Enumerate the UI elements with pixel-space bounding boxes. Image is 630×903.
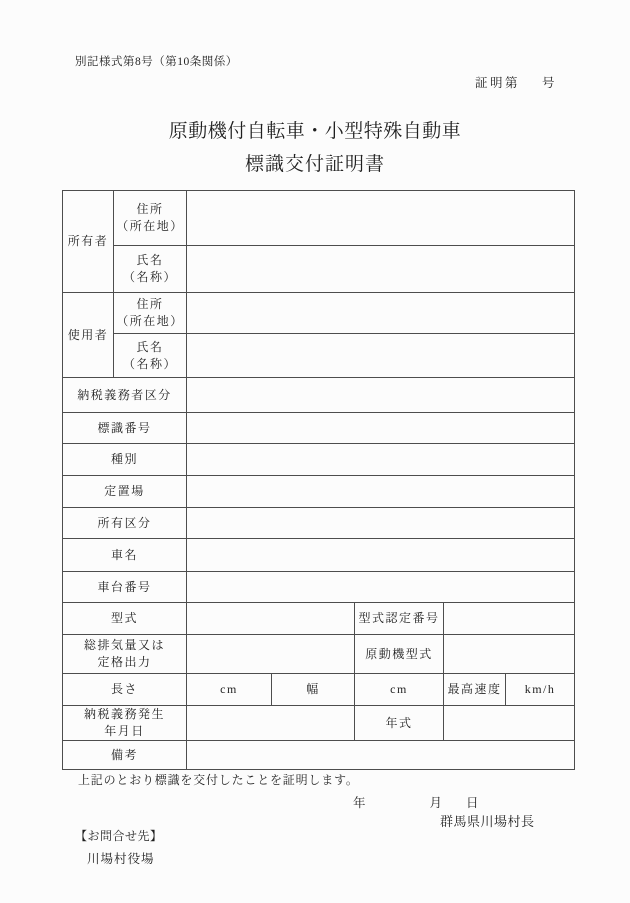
cert-number-line: 証明第号 [475, 73, 555, 91]
contact-office-name: 川場村役場 [87, 849, 155, 867]
model-value-cell [187, 603, 355, 635]
engine-model-value-cell [444, 635, 575, 674]
tax-start-date-value-cell [187, 706, 355, 741]
form-title-line1: 原動機付自転車・小型特殊自動車 [0, 116, 630, 143]
cert-number-prefix: 証明第 [475, 76, 520, 90]
form-title-line2: 標識交付証明書 [0, 149, 630, 176]
day-label: 日 [466, 796, 479, 810]
user-address-label-cell: 住所 （所在地） [114, 293, 187, 334]
user-address-value-cell [187, 293, 575, 334]
user-address-label-line2: （所在地） [114, 313, 186, 330]
certificate-table: 所有者 住所 （所在地） 氏名 （名称） 使用者 住所 （所在地） [62, 190, 575, 770]
taxpayer-class-value-cell [187, 378, 575, 413]
length-unit-cell: cm [187, 674, 272, 706]
vehicle-name-value-cell [187, 539, 575, 572]
form-code-text: 別記様式第8号（第10条関係） [75, 53, 238, 69]
max-speed-unit-cell: km/h [506, 674, 575, 706]
owner-address-label-line2: （所在地） [114, 218, 186, 235]
storage-location-value-cell [187, 476, 575, 508]
owner-address-value-cell [187, 191, 575, 246]
owner-name-label-cell: 氏名 （名称） [114, 246, 187, 293]
model-year-value-cell [444, 706, 575, 741]
cert-number-suffix: 号 [542, 76, 555, 90]
model-approval-value-cell [444, 603, 575, 635]
remarks-value-cell [187, 741, 575, 770]
width-unit-cell: cm [355, 674, 444, 706]
owner-name-value-cell [187, 246, 575, 293]
remarks-label-cell: 備考 [63, 741, 187, 770]
tax-start-date-label-cell: 納税義務発生 年月日 [63, 706, 187, 741]
user-name-label-line2: （名称） [114, 356, 186, 373]
user-address-label-line1: 住所 [114, 296, 186, 313]
chassis-number-label-cell: 車台番号 [63, 572, 187, 603]
ownership-class-value-cell [187, 508, 575, 539]
issuer-name: 群馬県川場村長 [440, 811, 535, 830]
vehicle-kind-value-cell [187, 444, 575, 476]
certify-statement: 上記のとおり標識を交付したことを証明します。 [78, 771, 359, 788]
taxpayer-class-label-cell: 納税義務者区分 [63, 378, 187, 413]
width-label-cell: 幅 [272, 674, 355, 706]
engine-model-label-cell: 原動機型式 [355, 635, 444, 674]
issue-date-line: 年月日 [353, 793, 479, 811]
plate-number-label-cell: 標識番号 [63, 413, 187, 444]
owner-address-label-cell: 住所 （所在地） [114, 191, 187, 246]
tax-start-date-label-line1: 納税義務発生 [63, 706, 186, 723]
vehicle-kind-label-cell: 種別 [63, 444, 187, 476]
chassis-number-value-cell [187, 572, 575, 603]
owner-address-label-line1: 住所 [114, 201, 186, 218]
max-speed-label-cell: 最高速度 [444, 674, 506, 706]
year-label: 年 [353, 796, 366, 810]
user-group-label-cell: 使用者 [63, 293, 114, 378]
tax-start-date-label-line2: 年月日 [63, 723, 186, 740]
user-name-label-cell: 氏名 （名称） [114, 334, 187, 378]
displacement-value-cell [187, 635, 355, 674]
month-label: 月 [430, 796, 443, 810]
vehicle-name-label-cell: 車名 [63, 539, 187, 572]
ownership-class-label-cell: 所有区分 [63, 508, 187, 539]
storage-location-label-cell: 定置場 [63, 476, 187, 508]
form-page: 別記様式第8号（第10条関係） 証明第号 原動機付自転車・小型特殊自動車 標識交… [0, 0, 630, 903]
owner-name-label-line1: 氏名 [114, 252, 186, 269]
displacement-label-cell: 総排気量又は 定格出力 [63, 635, 187, 674]
model-year-label-cell: 年式 [355, 706, 444, 741]
user-name-value-cell [187, 334, 575, 378]
owner-group-label-cell: 所有者 [63, 191, 114, 293]
model-label-cell: 型式 [63, 603, 187, 635]
owner-name-label-line2: （名称） [114, 269, 186, 286]
plate-number-value-cell [187, 413, 575, 444]
contact-heading: 【お問合せ先】 [75, 827, 163, 844]
displacement-label-line2: 定格出力 [63, 654, 186, 671]
model-approval-label-cell: 型式認定番号 [355, 603, 444, 635]
length-label-cell: 長さ [63, 674, 187, 706]
user-name-label-line1: 氏名 [114, 339, 186, 356]
displacement-label-line1: 総排気量又は [63, 637, 186, 654]
